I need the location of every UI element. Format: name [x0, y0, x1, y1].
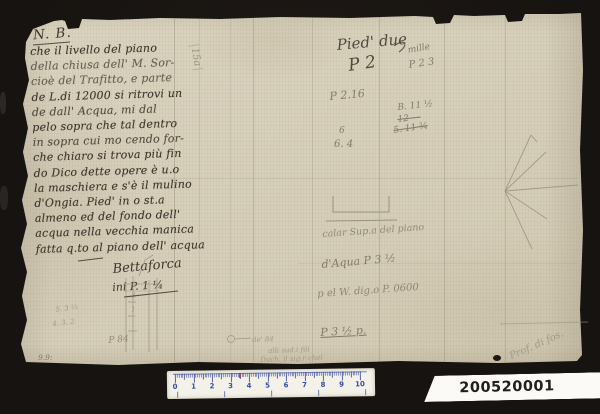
manuscript-signature-measure: ini P. 1 ¼ [112, 278, 164, 294]
fold-crease [253, 14, 254, 362]
note-ladder-digit-1: 1 [131, 306, 135, 314]
fold-crease [505, 14, 506, 362]
manuscript-text-block: che il livello del pianodella chiusa del… [30, 39, 200, 256]
background-smudge [0, 186, 8, 210]
fold-crease [379, 14, 380, 362]
note-six: 6 [339, 126, 345, 136]
note-ladder-digit-3: 3 [131, 292, 135, 300]
copy-stand-photo: N. B. che il livello del pianodella chiu… [0, 0, 600, 414]
note-p35: P 3 ½ p. [320, 324, 367, 339]
archival-number-label: 200520001 [424, 372, 600, 402]
fold-crease [444, 14, 445, 362]
ruler-scale: 012345678910 [167, 368, 375, 371]
archival-number-text: 200520001 [418, 372, 597, 402]
note-de84: de' 84 [252, 335, 274, 344]
ruler: 012345678910 [167, 368, 375, 399]
fold-crease [312, 14, 313, 362]
fold-crease [230, 14, 231, 362]
fold-crease [158, 178, 578, 179]
note-p2: P 2 [347, 52, 377, 76]
note-99: 9.9: [38, 353, 52, 362]
background-smudge [0, 92, 6, 114]
note-p84: P 84 [108, 334, 129, 346]
note-six-four: 6. 4 [334, 139, 353, 150]
manuscript-heading: N. B. [32, 25, 72, 44]
